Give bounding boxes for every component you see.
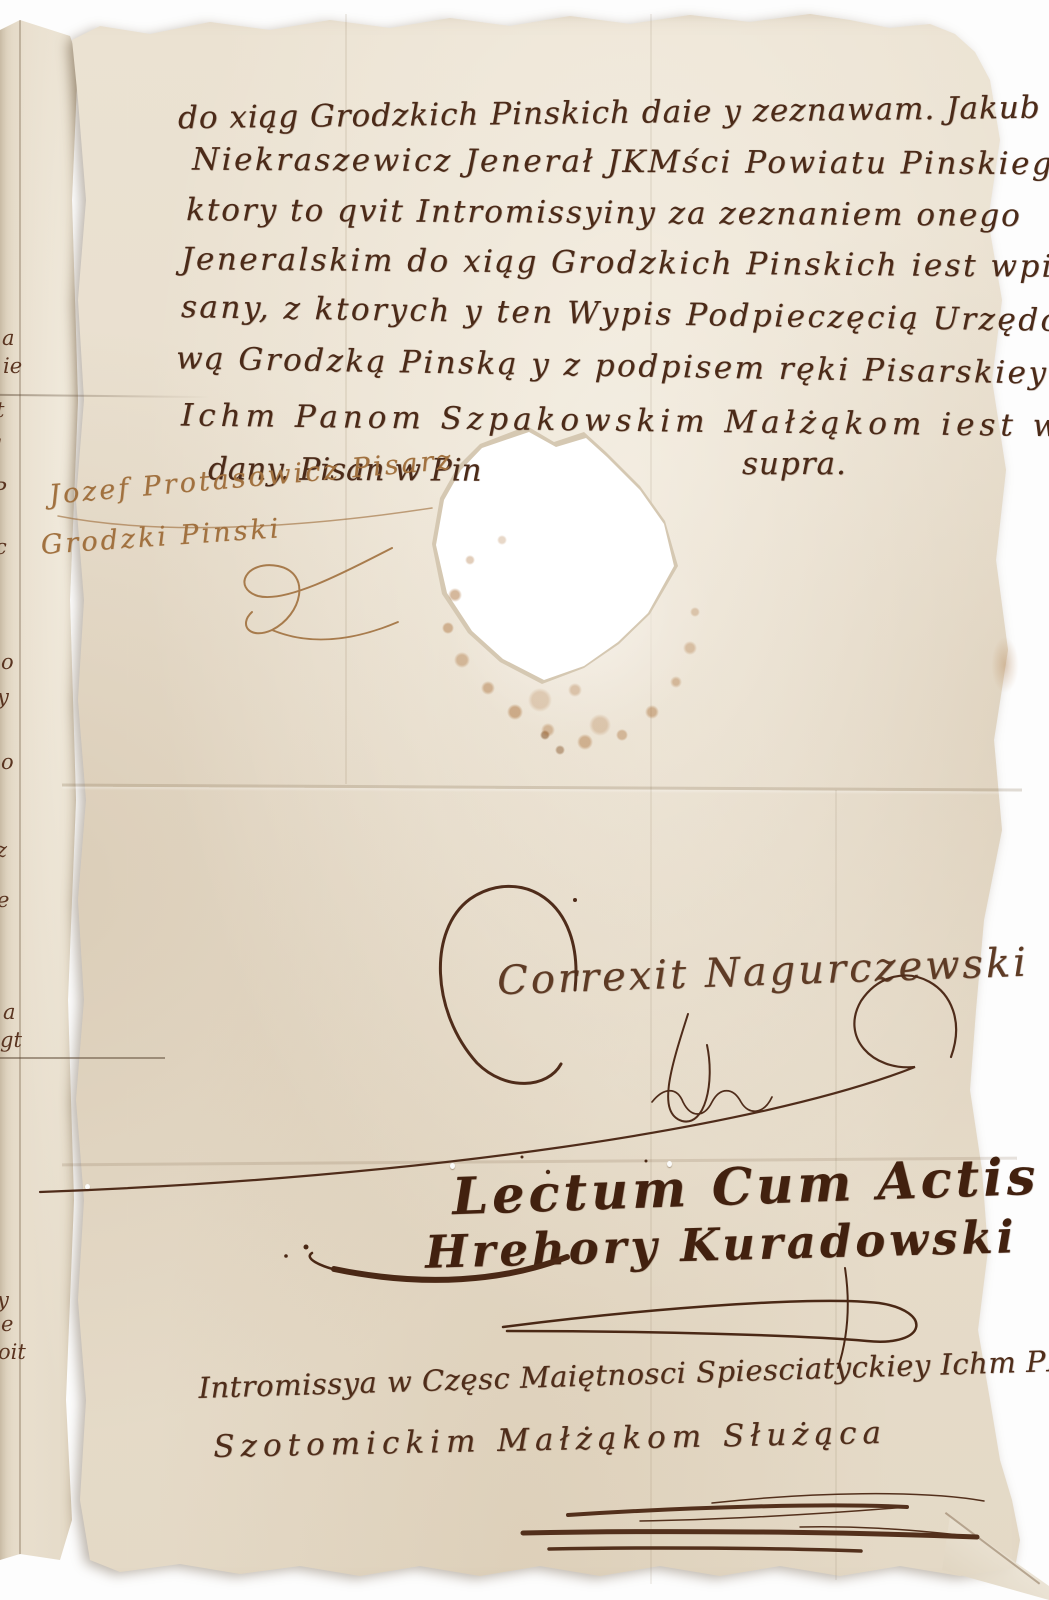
body-line-2: Niekraszewicz Jenerał JKMści Powiatu Pin…	[192, 145, 1049, 181]
body-line-4: Jeneralskim do xiąg Grodzkich Pinskich i…	[181, 244, 1049, 283]
pinhole	[85, 1184, 90, 1190]
manuscript-scan: a ie t l P c o y o z e a gt y e oit do x…	[0, 0, 1049, 1600]
body-line-3: ktory to qvit Intromissyiny za zeznaniem…	[186, 195, 1022, 232]
edge-stain	[988, 630, 1022, 700]
body-line-8-right: supra.	[742, 449, 847, 480]
